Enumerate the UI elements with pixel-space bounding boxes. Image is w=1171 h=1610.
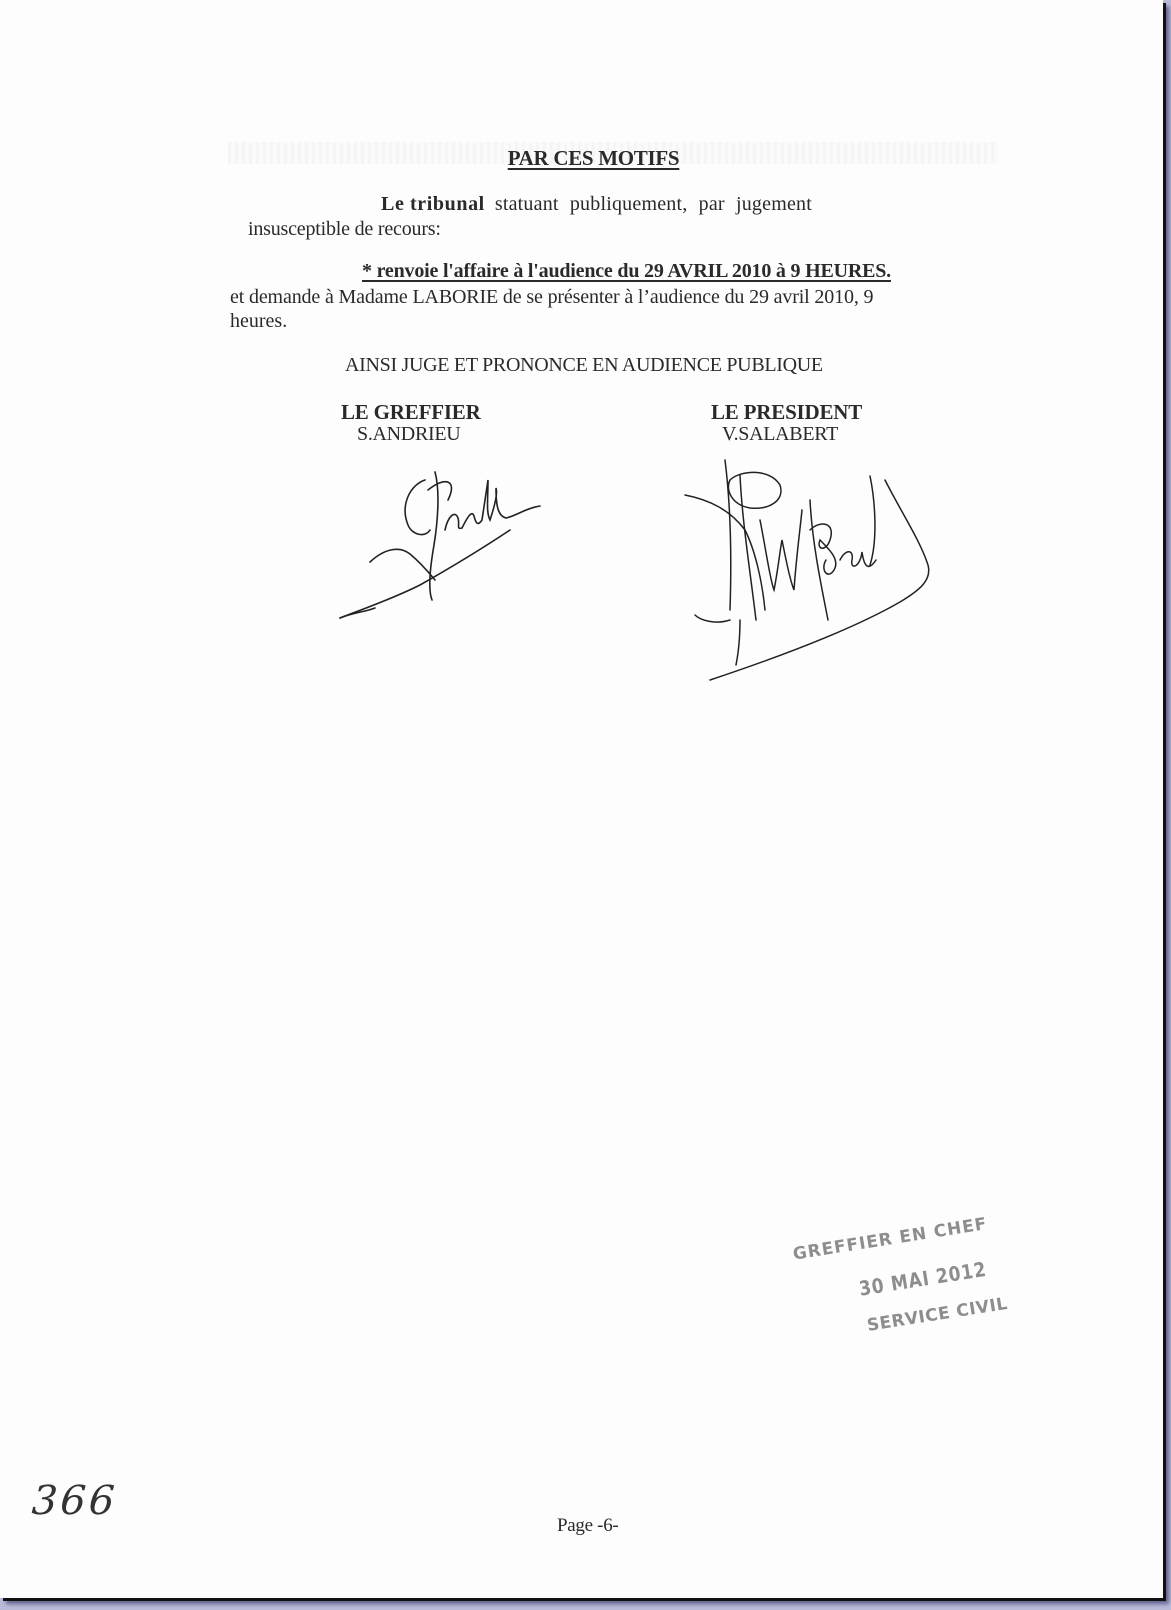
greffier-name: S.ANDRIEU <box>357 423 460 446</box>
document-page: PAR CES MOTIFS Le tribunal statuant publ… <box>0 0 1163 1598</box>
intro-line-2: insusceptible de recours: <box>248 218 441 241</box>
intro-line-1: Le tribunal statuant publiquement, par j… <box>381 193 812 216</box>
closing-statement: AINSI JUGE ET PRONONCE EN AUDIENCE PUBLI… <box>345 354 823 377</box>
handwritten-page-number: 366 <box>30 1478 119 1524</box>
heading-text: PAR CES MOTIFS <box>508 146 680 170</box>
ruling-line: * renvoie l'affaire à l'audience du 29 A… <box>362 260 891 283</box>
stamp-line-1: GREFFIER EN CHEF <box>792 1214 989 1264</box>
greffier-signature <box>330 450 550 630</box>
decision-line-2: et demande à Madame LABORIE de se présen… <box>230 286 873 309</box>
stamp-line-3: SERVICE CIVIL <box>866 1294 1009 1336</box>
greffier-stamp: GREFFIER EN CHEF 30 MAI 2012 SERVICE CIV… <box>790 1199 1041 1383</box>
president-role: LE PRESIDENT <box>711 400 862 425</box>
stamp-date: 30 MAI 2012 <box>857 1257 988 1301</box>
section-heading: PAR CES MOTIFS <box>0 146 1163 171</box>
intro-text: statuant publiquement, par jugement <box>495 193 812 215</box>
greffier-role: LE GREFFIER <box>341 400 481 425</box>
decision-line-3: heures. <box>230 310 287 333</box>
president-signature <box>670 440 940 690</box>
intro-bold-lead: Le tribunal <box>381 193 485 215</box>
page-number: Page -6- <box>557 1515 618 1537</box>
